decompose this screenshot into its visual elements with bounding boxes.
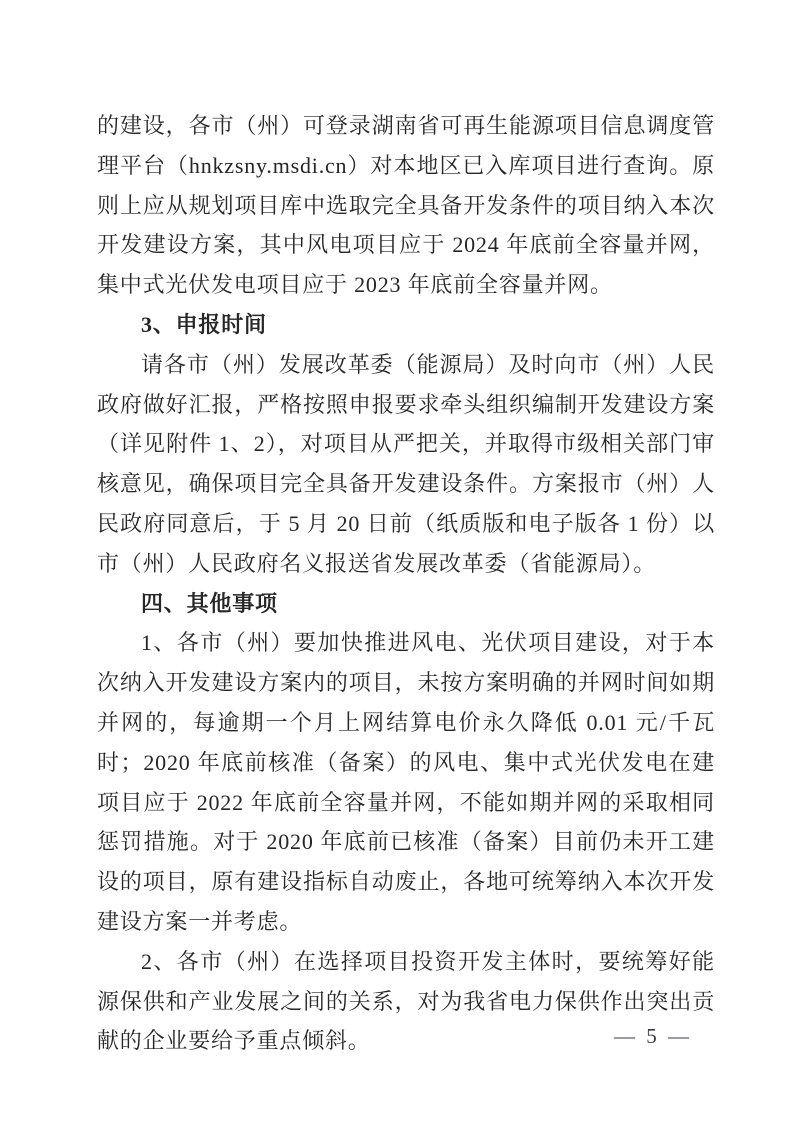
section-heading-reporting-time: 3、申报时间: [97, 305, 715, 345]
paragraph-other-matters-item-1: 1、各市（州）要加快推进风电、光伏项目建设，对于本次纳入开发建设方案内的项目，未…: [97, 623, 715, 941]
section-heading-other-matters: 四、其他事项: [97, 584, 715, 624]
paragraph-reporting-time: 请各市（州）发展改革委（能源局）及时向市（州）人民政府做好汇报，严格按照申报要求…: [97, 345, 715, 584]
page-number: — 5 —: [614, 1024, 692, 1049]
paragraph-continuation: 的建设，各市（州）可登录湖南省可再生能源项目信息调度管理平台（hnkzsny.m…: [97, 106, 715, 305]
document-body: 的建设，各市（州）可登录湖南省可再生能源项目信息调度管理平台（hnkzsny.m…: [97, 106, 715, 1061]
scanned-document-page: 的建设，各市（州）可登录湖南省可再生能源项目信息调度管理平台（hnkzsny.m…: [0, 0, 800, 1134]
